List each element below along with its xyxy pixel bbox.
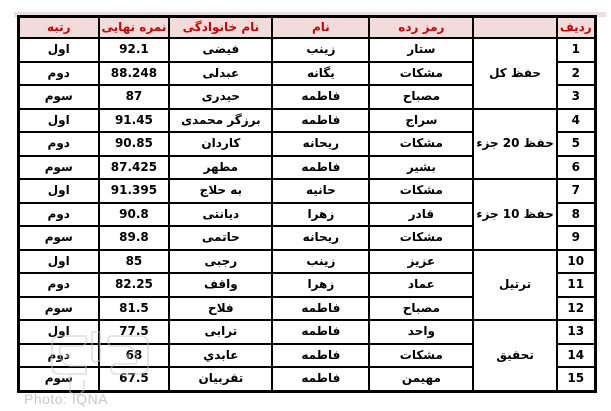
cell-first-name: زهرا bbox=[272, 273, 369, 297]
screenshot-root: رديف رمز رده نام نام خانوادگی نمره نهایی… bbox=[0, 0, 611, 411]
cell-first-name: زينب bbox=[272, 250, 369, 274]
cell-last-name: فلاح bbox=[169, 297, 272, 321]
results-table-container: رديف رمز رده نام نام خانوادگی نمره نهایی… bbox=[17, 15, 597, 393]
cell-rank: دوم bbox=[19, 273, 99, 297]
cell-score: 91.45 bbox=[99, 109, 170, 133]
cell-code: عماد bbox=[369, 273, 473, 297]
cell-last-name: واقف bbox=[169, 273, 272, 297]
cell-rank: سوم bbox=[19, 226, 99, 250]
cell-rank: اول bbox=[19, 250, 99, 274]
cell-row-no: 3 bbox=[557, 85, 595, 109]
cell-row-no: 14 bbox=[557, 344, 595, 368]
cell-rank: دوم bbox=[19, 62, 99, 86]
cell-first-name: زهرا bbox=[272, 203, 369, 227]
cell-score: 89.8 bbox=[99, 226, 170, 250]
cell-score: 87.425 bbox=[99, 156, 170, 180]
table-row: 10ترتيلعزيززينبرجبى85اول bbox=[19, 250, 596, 274]
cell-first-name: فاطمه bbox=[272, 297, 369, 321]
cell-code: قادر bbox=[369, 203, 473, 227]
cell-last-name: ترابى bbox=[169, 320, 272, 344]
cell-row-no: 6 bbox=[557, 156, 595, 180]
cell-score: 87 bbox=[99, 85, 170, 109]
cell-code: مشكات bbox=[369, 132, 473, 156]
cell-code: سراج bbox=[369, 109, 473, 133]
cell-rank: سوم bbox=[19, 367, 99, 391]
cell-group: حفظ كل bbox=[473, 38, 556, 109]
col-header-final-score: نمره نهایی bbox=[99, 17, 170, 39]
cell-group: حفظ 10 جزء bbox=[473, 179, 556, 250]
cell-row-no: 4 bbox=[557, 109, 595, 133]
cell-code: مشكات bbox=[369, 179, 473, 203]
table-row: 1حفظ كلستارزينبفيضى92.1اول bbox=[19, 38, 596, 62]
cell-score: 91.395 bbox=[99, 179, 170, 203]
cell-first-name: فاطمه bbox=[272, 109, 369, 133]
cell-rank: سوم bbox=[19, 297, 99, 321]
cell-last-name: فيضى bbox=[169, 38, 272, 62]
cell-last-name: برزگر محمدى bbox=[169, 109, 272, 133]
cell-row-no: 7 bbox=[557, 179, 595, 203]
col-header-first-name: نام bbox=[272, 17, 369, 39]
cell-score: 88.248 bbox=[99, 62, 170, 86]
cell-group: حفظ 20 جزء bbox=[473, 109, 556, 180]
cell-last-name: حاتمى bbox=[169, 226, 272, 250]
cell-rank: دوم bbox=[19, 344, 99, 368]
cell-score: 81.5 bbox=[99, 297, 170, 321]
col-header-group bbox=[473, 17, 556, 39]
cell-code: عزيز bbox=[369, 250, 473, 274]
cell-code: واحد bbox=[369, 320, 473, 344]
cell-rank: سوم bbox=[19, 156, 99, 180]
cell-code: مشكات bbox=[369, 226, 473, 250]
cell-row-no: 11 bbox=[557, 273, 595, 297]
cell-first-name: ريحانه bbox=[272, 226, 369, 250]
cell-code: ستار bbox=[369, 38, 473, 62]
cell-row-no: 2 bbox=[557, 62, 595, 86]
cell-rank: اول bbox=[19, 179, 99, 203]
cell-last-name: حيدرى bbox=[169, 85, 272, 109]
cell-score: 90.85 bbox=[99, 132, 170, 156]
cell-first-name: فاطمه bbox=[272, 344, 369, 368]
col-header-rank: رتبه bbox=[19, 17, 99, 39]
col-header-code: رمز رده bbox=[369, 17, 473, 39]
cell-first-name: يگانه bbox=[272, 62, 369, 86]
cell-last-name: كاردان bbox=[169, 132, 272, 156]
cell-score: 92.1 bbox=[99, 38, 170, 62]
cell-score: 77.5 bbox=[99, 320, 170, 344]
cell-code: بشير bbox=[369, 156, 473, 180]
cell-first-name: زينب bbox=[272, 38, 369, 62]
cell-first-name: فاطمه bbox=[272, 320, 369, 344]
cell-rank: دوم bbox=[19, 203, 99, 227]
cell-rank: اول bbox=[19, 109, 99, 133]
cell-last-name: رجبى bbox=[169, 250, 272, 274]
cell-group: تحقيق bbox=[473, 320, 556, 391]
cell-last-name: ديانتى bbox=[169, 203, 272, 227]
cell-rank: اول bbox=[19, 38, 99, 62]
cell-code: مشكات bbox=[369, 62, 473, 86]
cell-row-no: 1 bbox=[557, 38, 595, 62]
cell-code: مشكات bbox=[369, 344, 473, 368]
table-row: 4حفظ 20 جزءسراجفاطمهبرزگر محمدى91.45اول bbox=[19, 109, 596, 133]
results-table: رديف رمز رده نام نام خانوادگی نمره نهایی… bbox=[17, 15, 597, 393]
results-table-body: 1حفظ كلستارزينبفيضى92.1اول2مشكاتيگانهعبد… bbox=[19, 38, 596, 391]
cell-row-no: 13 bbox=[557, 320, 595, 344]
cell-last-name: عبدلى bbox=[169, 62, 272, 86]
table-row: 7حفظ 10 جزءمشكاتحانيهبه حلاج91.395اول bbox=[19, 179, 596, 203]
cell-row-no: 5 bbox=[557, 132, 595, 156]
cell-row-no: 15 bbox=[557, 367, 595, 391]
cell-row-no: 10 bbox=[557, 250, 595, 274]
cell-score: 67.5 bbox=[99, 367, 170, 391]
col-header-row-no: رديف bbox=[557, 17, 595, 39]
cell-score: 82.25 bbox=[99, 273, 170, 297]
cell-row-no: 8 bbox=[557, 203, 595, 227]
cell-score: 85 bbox=[99, 250, 170, 274]
cell-group: ترتيل bbox=[473, 250, 556, 321]
cell-rank: سوم bbox=[19, 85, 99, 109]
col-header-last-name: نام خانوادگی bbox=[169, 17, 272, 39]
header-row: رديف رمز رده نام نام خانوادگی نمره نهایی… bbox=[19, 17, 596, 39]
cell-first-name: فاطمه bbox=[272, 367, 369, 391]
cell-row-no: 12 bbox=[557, 297, 595, 321]
cell-code: مهيمن bbox=[369, 367, 473, 391]
cell-first-name: فاطمه bbox=[272, 85, 369, 109]
cell-last-name: به حلاج bbox=[169, 179, 272, 203]
cell-code: مصباح bbox=[369, 85, 473, 109]
photo-credit: Photo: IQNA bbox=[24, 391, 108, 407]
cell-last-name: عابدي bbox=[169, 344, 272, 368]
cell-last-name: مطهر bbox=[169, 156, 272, 180]
cell-code: مصباح bbox=[369, 297, 473, 321]
cell-rank: دوم bbox=[19, 132, 99, 156]
table-row: 13تحقيقواحدفاطمهترابى77.5اول bbox=[19, 320, 596, 344]
cell-score: 90.8 bbox=[99, 203, 170, 227]
cell-last-name: تقربيان bbox=[169, 367, 272, 391]
cell-rank: اول bbox=[19, 320, 99, 344]
cell-first-name: ريحانه bbox=[272, 132, 369, 156]
cell-score: 68 bbox=[99, 344, 170, 368]
cell-first-name: فاطمه bbox=[272, 156, 369, 180]
cell-row-no: 9 bbox=[557, 226, 595, 250]
cell-first-name: حانيه bbox=[272, 179, 369, 203]
